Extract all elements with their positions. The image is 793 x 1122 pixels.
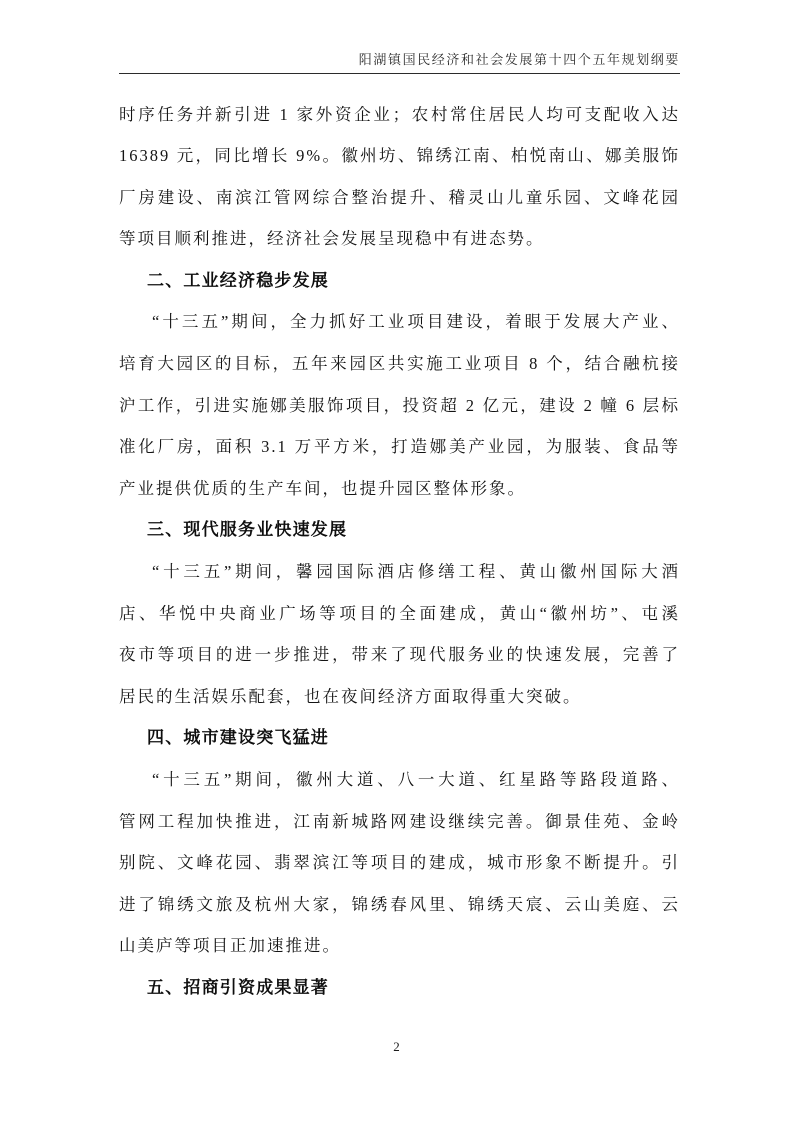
section-heading: 三、现代服务业快速发展 xyxy=(119,509,680,551)
paragraph-line: 厂房建设、南滨江管网综合整治提升、稽灵山儿童乐园、文峰花园 xyxy=(119,177,680,219)
page-footer: 2 xyxy=(0,1038,793,1056)
section-heading: 四、城市建设突飞猛进 xyxy=(119,717,680,759)
section-heading: 五、招商引资成果显著 xyxy=(119,967,680,1009)
paragraph-line: 山美庐等项目正加速推进。 xyxy=(119,925,680,967)
paragraph-line: 沪工作，引进实施娜美服饰项目，投资超 2 亿元，建设 2 幢 6 层标 xyxy=(119,385,680,427)
paragraph-line: “十三五”期间，徽州大道、八一大道、红星路等路段道路、 xyxy=(119,759,680,801)
paragraph-line: 店、华悦中央商业广场等项目的全面建成，黄山“徽州坊”、屯溪 xyxy=(119,593,680,635)
running-title: 阳湖镇国民经济和社会发展第十四个五年规划纲要 xyxy=(119,49,680,68)
paragraph-line: 别院、文峰花园、翡翠滨江等项目的建成，城市形象不断提升。引 xyxy=(119,842,680,884)
document-body: 时序任务并新引进 1 家外资企业；农村常住居民人均可支配收入达16389 元，同… xyxy=(119,94,680,1009)
document-page: 阳湖镇国民经济和社会发展第十四个五年规划纲要 时序任务并新引进 1 家外资企业；… xyxy=(0,0,793,1122)
paragraph-line: 居民的生活娱乐配套，也在夜间经济方面取得重大突破。 xyxy=(119,676,680,718)
paragraph-line: 培育大园区的目标，五年来园区共实施工业项目 8 个，结合融杭接 xyxy=(119,343,680,385)
section-heading: 二、工业经济稳步发展 xyxy=(119,260,680,302)
paragraph-line: 产业提供优质的生产车间，也提升园区整体形象。 xyxy=(119,468,680,510)
page-number: 2 xyxy=(393,1039,400,1054)
paragraph-line: 时序任务并新引进 1 家外资企业；农村常住居民人均可支配收入达 xyxy=(119,94,680,136)
paragraph-line: 16389 元，同比增长 9%。徽州坊、锦绣江南、柏悦南山、娜美服饰 xyxy=(119,135,680,177)
paragraph-line: 等项目顺利推进，经济社会发展呈现稳中有进态势。 xyxy=(119,218,680,260)
paragraph-line: 管网工程加快推进，江南新城路网建设继续完善。御景佳苑、金岭 xyxy=(119,801,680,843)
paragraph-line: 进了锦绣文旅及杭州大家，锦绣春风里、锦绣天宸、云山美庭、云 xyxy=(119,884,680,926)
paragraph-line: “十三五”期间，全力抓好工业项目建设，着眼于发展大产业、 xyxy=(119,301,680,343)
page-header: 阳湖镇国民经济和社会发展第十四个五年规划纲要 xyxy=(119,49,680,74)
paragraph-line: “十三五”期间，馨园国际酒店修缮工程、黄山徽州国际大酒 xyxy=(119,551,680,593)
paragraph-line: 准化厂房，面积 3.1 万平方米，打造娜美产业园，为服装、食品等 xyxy=(119,426,680,468)
paragraph-line: 夜市等项目的进一步推进，带来了现代服务业的快速发展，完善了 xyxy=(119,634,680,676)
